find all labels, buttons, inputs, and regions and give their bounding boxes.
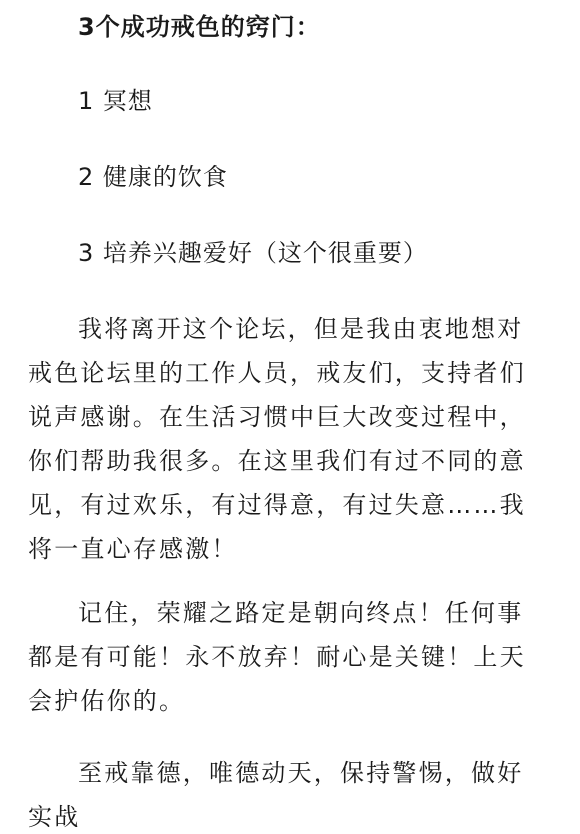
- tip-item: 2 健康的饮食: [78, 162, 228, 192]
- tip-item: 3 培养兴趣爱好（这个很重要）: [78, 238, 428, 268]
- paragraph-line: 戒色论坛里的工作人员，戒友们，支持者们: [28, 358, 526, 388]
- paragraph-line: 记住，荣耀之路定是朝向终点！任何事: [78, 598, 523, 628]
- page-title: 3个成功戒色的窍门：: [78, 12, 321, 42]
- paragraph-line: 会护佑你的。: [28, 686, 185, 716]
- tip-item: 1 冥想: [78, 86, 153, 116]
- paragraph-line: 你们帮助我很多。在这里我们有过不同的意: [28, 446, 526, 476]
- paragraph-line: 都是有可能！永不放弃！耐心是关键！上天: [28, 642, 526, 672]
- paragraph-line: 实战: [28, 802, 80, 832]
- paragraph-line: 说声感谢。在生活习惯中巨大改变过程中，: [28, 402, 526, 432]
- paragraph-line: 至戒靠德，唯德动天，保持警惕，做好: [78, 758, 523, 788]
- paragraph-line: 见，有过欢乐，有过得意，有过失意……我: [28, 490, 526, 520]
- paragraph-line: 我将离开这个论坛，但是我由衷地想对: [78, 314, 523, 344]
- paragraph-line: 将一直心存感激！: [28, 534, 238, 564]
